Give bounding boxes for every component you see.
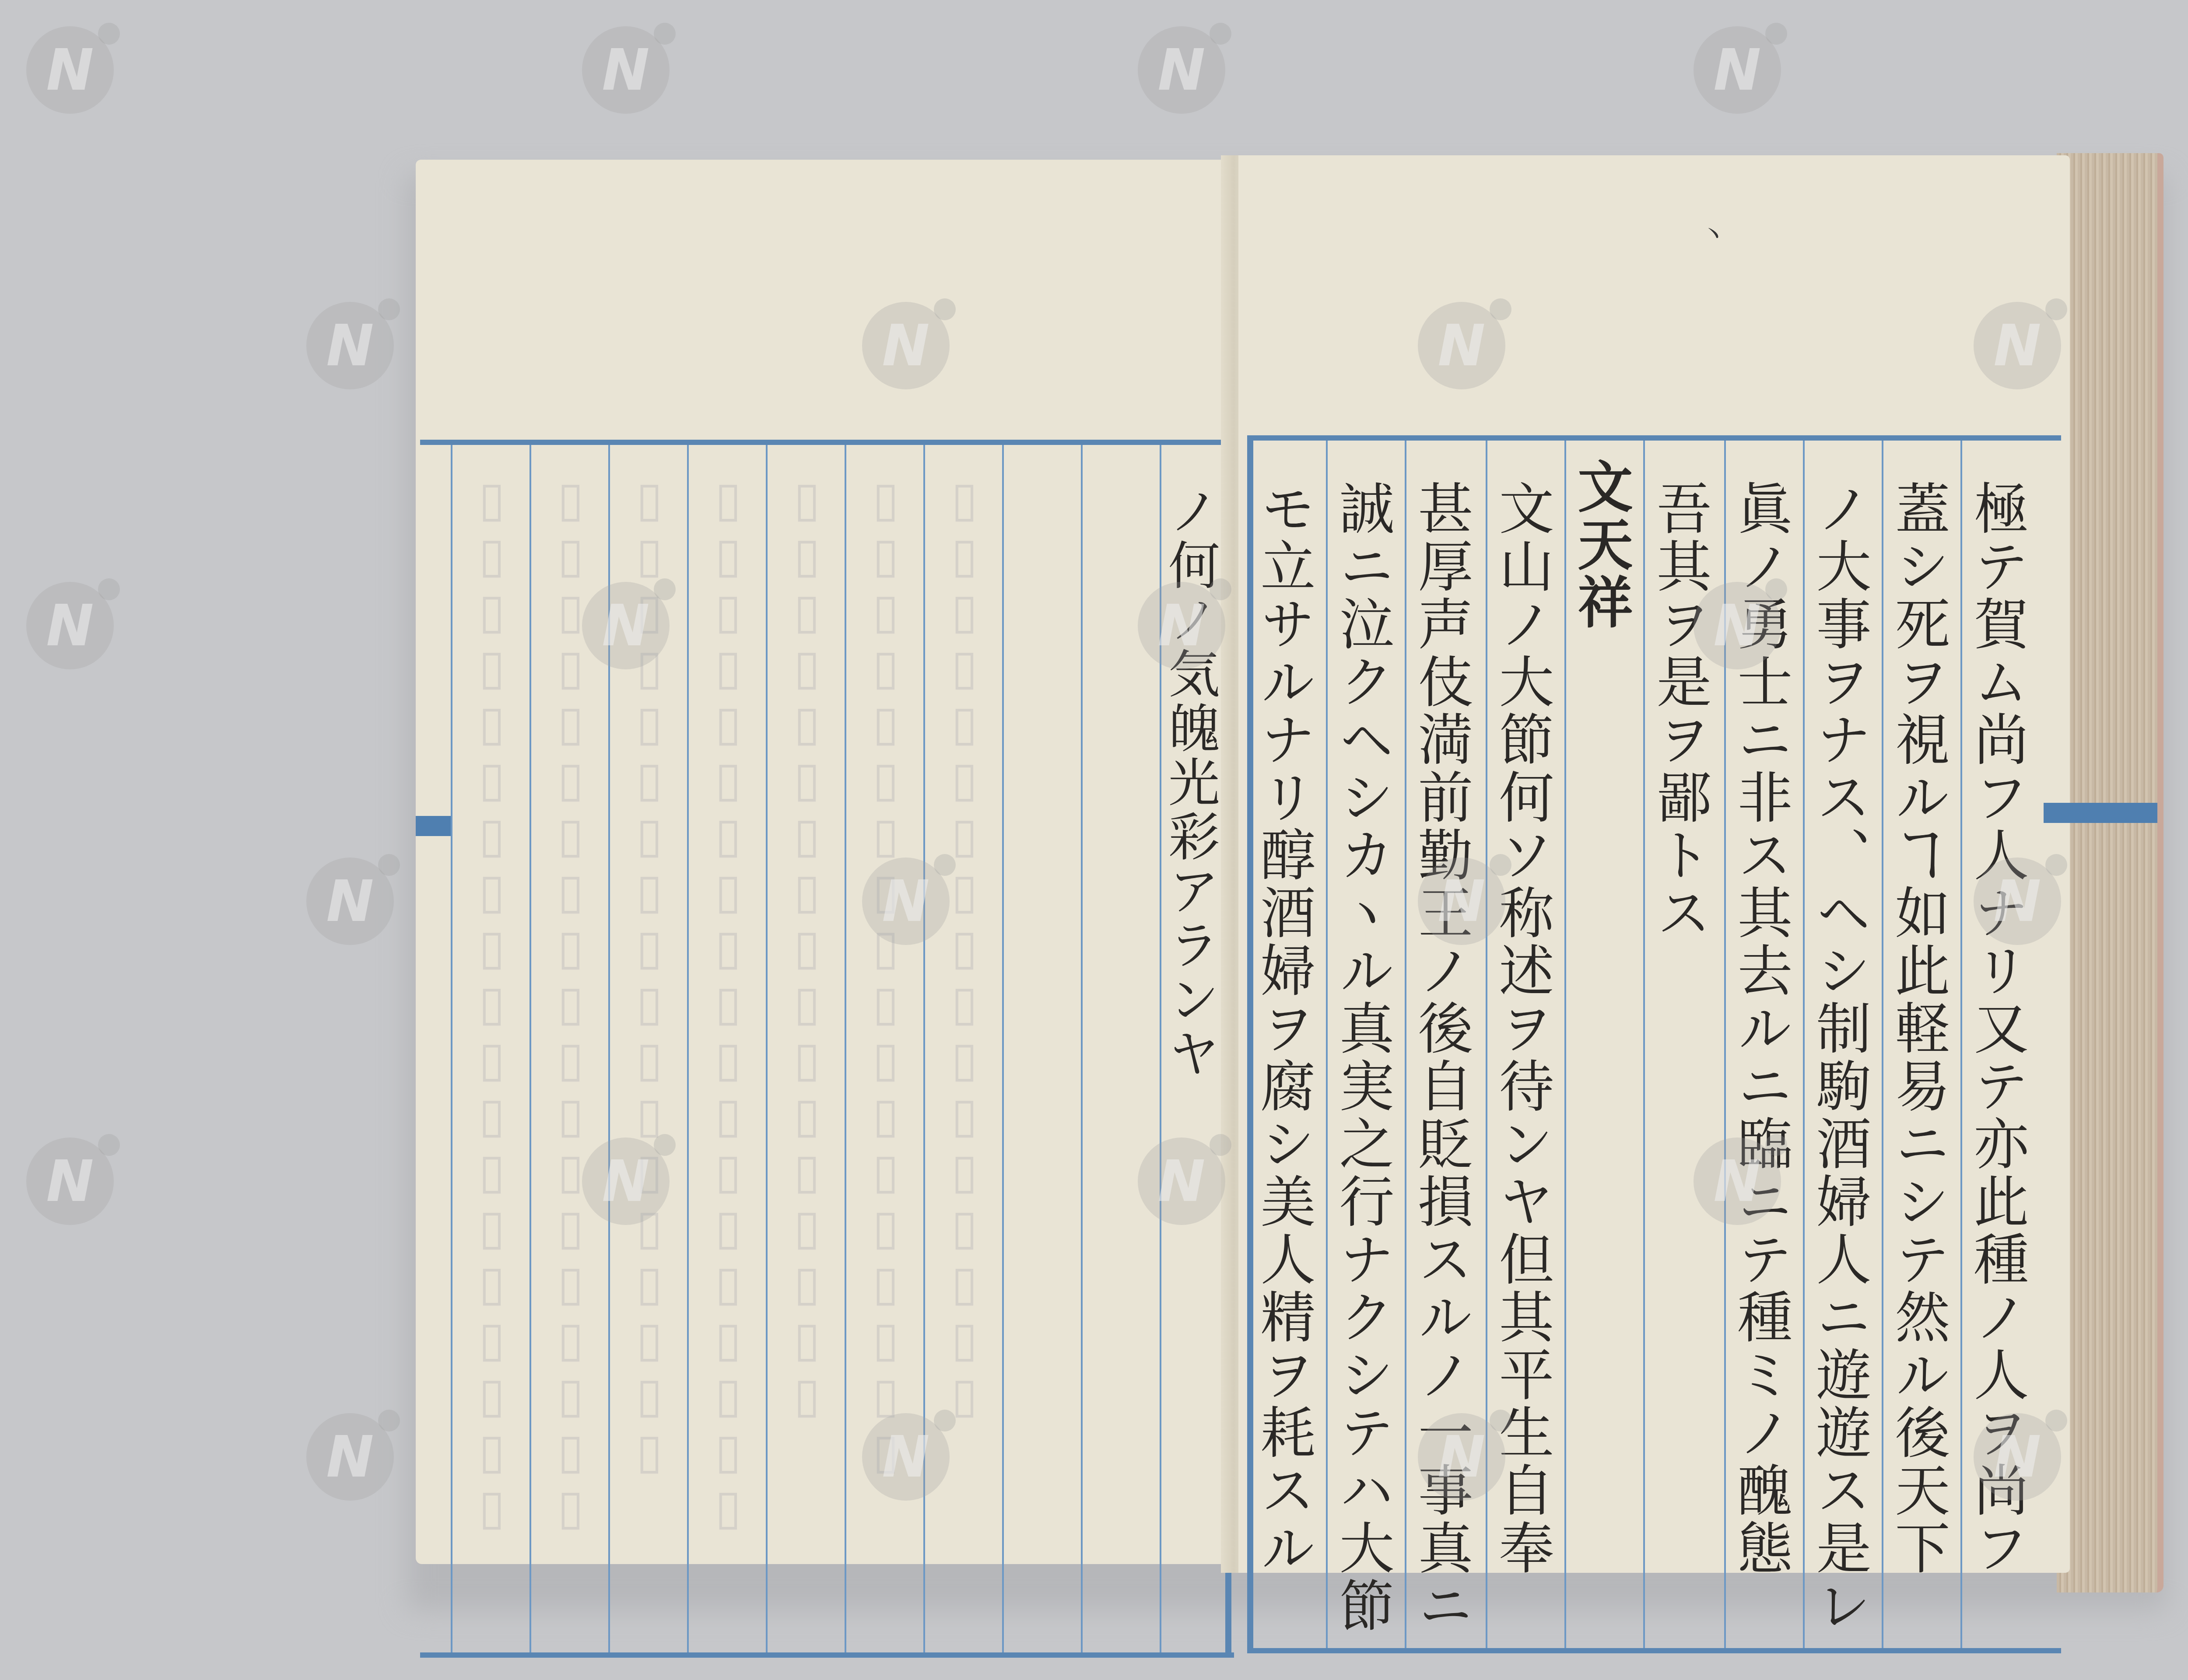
watermark-logo: N — [306, 1413, 394, 1501]
bleed-through-text: ▯▯▯▯▯▯▯▯▯▯▯▯▯▯▯▯▯▯ — [858, 471, 914, 1479]
column-rule — [529, 445, 531, 1652]
watermark-logo: N — [1418, 1413, 1505, 1501]
fishtail-mark — [416, 816, 451, 836]
watermark-logo: N — [1418, 857, 1505, 945]
watermark-logo: N — [26, 26, 114, 114]
watermark-logo: N — [1694, 26, 1781, 114]
text-column: ノ何ノ気魄光彩アランヤ — [1164, 484, 1216, 1081]
column-rule — [1882, 441, 1883, 1648]
column-rule — [766, 445, 768, 1652]
column-rule — [451, 445, 452, 1652]
bleed-through-text: ▯▯▯▯▯▯▯▯▯▯▯▯▯▯▯▯▯▯▯ — [464, 471, 520, 1535]
column-rule — [1643, 441, 1645, 1648]
column-rule — [687, 445, 689, 1652]
section-heading: 文天祥 — [1573, 458, 1628, 631]
text-column: ノ大事ヲナス、ヘシ制駒酒婦人ニ遊遊ス是レ — [1812, 480, 1867, 1635]
left-page: ▯▯▯▯▯▯▯▯▯▯▯▯▯▯▯▯▯▯▯ ▯▯▯▯▯▯▯▯▯▯▯▯▯▯▯▯▯▯▯ … — [416, 160, 1238, 1564]
watermark-logo: N — [862, 857, 950, 945]
stray-mark: 丶 — [1698, 221, 1724, 250]
watermark-logo: N — [1694, 582, 1781, 669]
watermark-logo: N — [1694, 1137, 1781, 1225]
bleed-through-text: ▯▯▯▯▯▯▯▯▯▯▯▯▯▯▯▯▯ — [779, 471, 835, 1423]
text-column: 極テ賀ム尚フ人ナリ又テ亦此種ノ人ヲ尚フ — [1969, 480, 2024, 1577]
text-column: 誠ニ泣クヘシカヽル真実之行ナクシテハ大節 — [1335, 480, 1390, 1635]
watermark-logo: N — [1418, 302, 1505, 389]
bleed-through-text: ▯▯▯▯▯▯▯▯▯▯▯▯▯▯▯▯▯▯▯ — [700, 471, 756, 1535]
watermark-logo: N — [1138, 582, 1225, 669]
column-rule — [1564, 441, 1566, 1648]
watermark-logo: N — [306, 302, 394, 389]
watermark-logo: N — [306, 857, 394, 945]
page-edges-stack — [2057, 153, 2163, 1592]
watermark-logo: N — [1974, 302, 2061, 389]
text-column: 蓋シ死ヲ視ルヿ如此軽易ニシテ然ル後天下 — [1890, 480, 1946, 1577]
column-rule — [845, 445, 846, 1652]
bleed-through-text: ▯▯▯▯▯▯▯▯▯▯▯▯▯▯▯▯▯ — [936, 471, 992, 1423]
left-page-frame: ▯▯▯▯▯▯▯▯▯▯▯▯▯▯▯▯▯▯▯ ▯▯▯▯▯▯▯▯▯▯▯▯▯▯▯▯▯▯▯ … — [420, 440, 1234, 1658]
column-rule — [1405, 441, 1406, 1648]
text-column: 吾其ヲ是ヲ鄙トス — [1652, 480, 1707, 942]
column-rule — [1081, 445, 1083, 1652]
watermark-logo: N — [1138, 26, 1225, 114]
text-column: モ立サルナリ醇酒婦ヲ腐シ美人精ヲ耗スル — [1256, 480, 1311, 1577]
watermark-logo: N — [862, 1413, 950, 1501]
watermark-logo: N — [582, 26, 670, 114]
right-page-frame: 極テ賀ム尚フ人ナリ又テ亦此種ノ人ヲ尚フ 蓋シ死ヲ視ルヿ如此軽易ニシテ然ル後天下 … — [1247, 435, 2061, 1653]
column-rule — [1803, 441, 1805, 1648]
watermark-logo: N — [26, 582, 114, 669]
column-rule — [1960, 441, 1962, 1648]
watermark-logo: N — [1138, 1137, 1225, 1225]
watermark-logo: N — [582, 582, 670, 669]
watermark-logo: N — [1974, 857, 2061, 945]
right-page: 丶 極テ賀ム尚フ人ナリ又テ亦此種ノ人ヲ尚フ 蓋シ死ヲ視ルヿ如此軽易ニシテ然ル後天… — [1238, 155, 2070, 1573]
column-rule — [1002, 445, 1004, 1652]
watermark-logo: N — [582, 1137, 670, 1225]
watermark-logo: N — [26, 1137, 114, 1225]
fishtail-mark — [2044, 803, 2157, 823]
watermark-logo: N — [862, 302, 950, 389]
column-rule — [1326, 441, 1328, 1648]
watermark-logo: N — [1974, 1413, 2061, 1501]
